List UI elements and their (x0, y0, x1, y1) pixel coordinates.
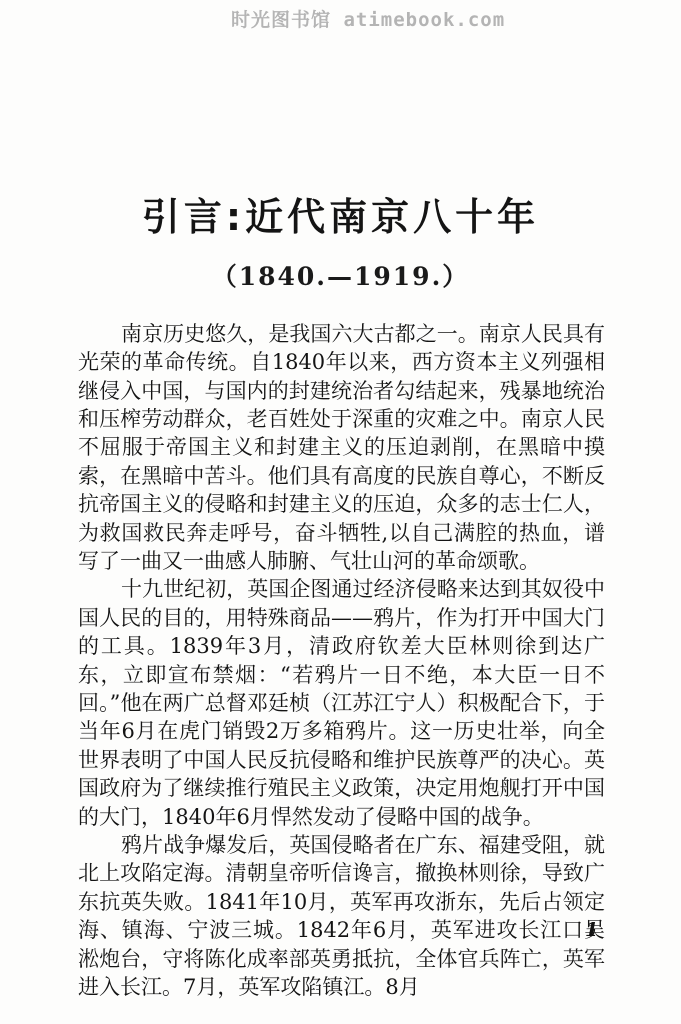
paragraph-3: 鸦片战争爆发后，英国侵略者在广东、福建受阻，就北上攻陷定海。清朝皇帝听信谗言，撤… (78, 831, 605, 1001)
paragraph-1: 南京历史悠久，是我国六大古都之一。南京人民具有光荣的革命传统。自1840年以来，… (78, 320, 605, 576)
book-page: 时光图书馆 atimebook.com 引言:近代南京八十年 （1840.—19… (0, 0, 681, 1024)
body-text: 南京历史悠久，是我国六大古都之一。南京人民具有光荣的革命传统。自1840年以来，… (78, 320, 605, 1002)
chapter-title: 引言:近代南京八十年 (0, 196, 681, 240)
chapter-date-range: （1840.—1919.） (0, 257, 681, 293)
paragraph-2: 十九世纪初，英国企图通过经济侵略来达到其奴役中国人民的目的，用特殊商品——鸦片，… (78, 575, 605, 831)
watermark-text: 时光图书馆 atimebook.com (231, 5, 505, 32)
page-number: 1 (585, 919, 598, 941)
